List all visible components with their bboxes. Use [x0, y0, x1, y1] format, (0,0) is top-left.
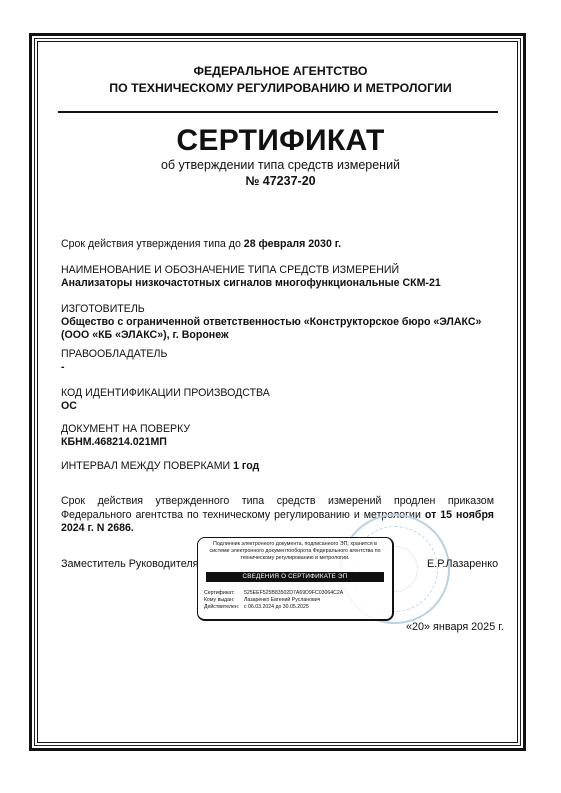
field-production-code-label: КОД ИДЕНТИФИКАЦИИ ПРОИЗВОДСТВА: [61, 387, 270, 401]
document-subtitle: об утверждении типа средств измерений: [0, 158, 561, 172]
field-verification-doc-value: КБНМ.468214.021МП: [61, 436, 167, 450]
field-manufacturer-label: ИЗГОТОВИТЕЛЬ: [61, 303, 145, 317]
field-measurement-type-label: НАИМЕНОВАНИЕ И ОБОЗНАЧЕНИЕ ТИПА СРЕДСТВ …: [61, 264, 399, 278]
interval-label: ИНТЕРВАЛ МЕЖДУ ПОВЕРКАМИ: [61, 460, 233, 472]
verification-interval: ИНТЕРВАЛ МЕЖДУ ПОВЕРКАМИ 1 год: [61, 460, 259, 474]
field-rightholder-label: ПРАВООБЛАДАТЕЛЬ: [61, 348, 167, 362]
agency-line-1: ФЕДЕРАЛЬНОЕ АГЕНТСТВО: [0, 63, 561, 79]
field-manufacturer-value-line-2: (ООО «КБ «ЭЛАКС»), г. Воронеж: [61, 329, 228, 343]
signatory-name: Е.Р.Лазаренко: [427, 558, 498, 570]
electronic-signature-box: Подлинник электронного документа, подпис…: [197, 537, 394, 621]
signature-date: «20» января 2025 г.: [406, 621, 504, 633]
ep-banner: СВЕДЕНИЯ О СЕРТИФИКАТЕ ЭП: [206, 572, 384, 582]
signatory-position: Заместитель Руководителя: [61, 558, 199, 570]
field-rightholder-value: -: [61, 361, 65, 375]
ep-valid-value: с 06.03.2024 до 30.05.2025: [244, 604, 309, 610]
document-title: СЕРТИФИКАТ: [0, 124, 561, 158]
ep-valid-label: Действителен:: [204, 604, 244, 611]
ep-valid-row: Действителен:с 06.03.2024 до 30.05.2025: [204, 604, 343, 611]
field-production-code-value: ОС: [61, 400, 77, 414]
interval-value: 1 год: [233, 460, 259, 472]
header-divider: [58, 111, 498, 113]
ep-note: Подлинник электронного документа, подпис…: [198, 541, 392, 562]
agency-line-2: ПО ТЕХНИЧЕСКОМУ РЕГУЛИРОВАНИЮ И МЕТРОЛОГ…: [0, 80, 561, 96]
field-measurement-type-value: Анализаторы низкочастотных сигналов мног…: [61, 277, 441, 291]
field-verification-doc-label: ДОКУМЕНТ НА ПОВЕРКУ: [61, 423, 190, 437]
validity-line: Срок действия утверждения типа до 28 фев…: [61, 238, 341, 252]
validity-label: Срок действия утверждения типа до: [61, 238, 244, 250]
ep-details: Сертификат:525EEF525B83502D7A69D9FC03064…: [204, 590, 343, 612]
ep-issued-to-value: Лазаренко Евгений Русланович: [244, 597, 320, 603]
ep-certificate-label: Сертификат:: [204, 590, 244, 597]
field-manufacturer-value-line-1: Общество с ограниченной ответственностью…: [61, 316, 481, 330]
validity-date: 28 февраля 2030 г.: [244, 238, 341, 250]
ep-certificate-value: 525EEF525B83502D7A69D9FC03064C2A: [244, 590, 343, 596]
certificate-number: № 47237-20: [0, 174, 561, 188]
